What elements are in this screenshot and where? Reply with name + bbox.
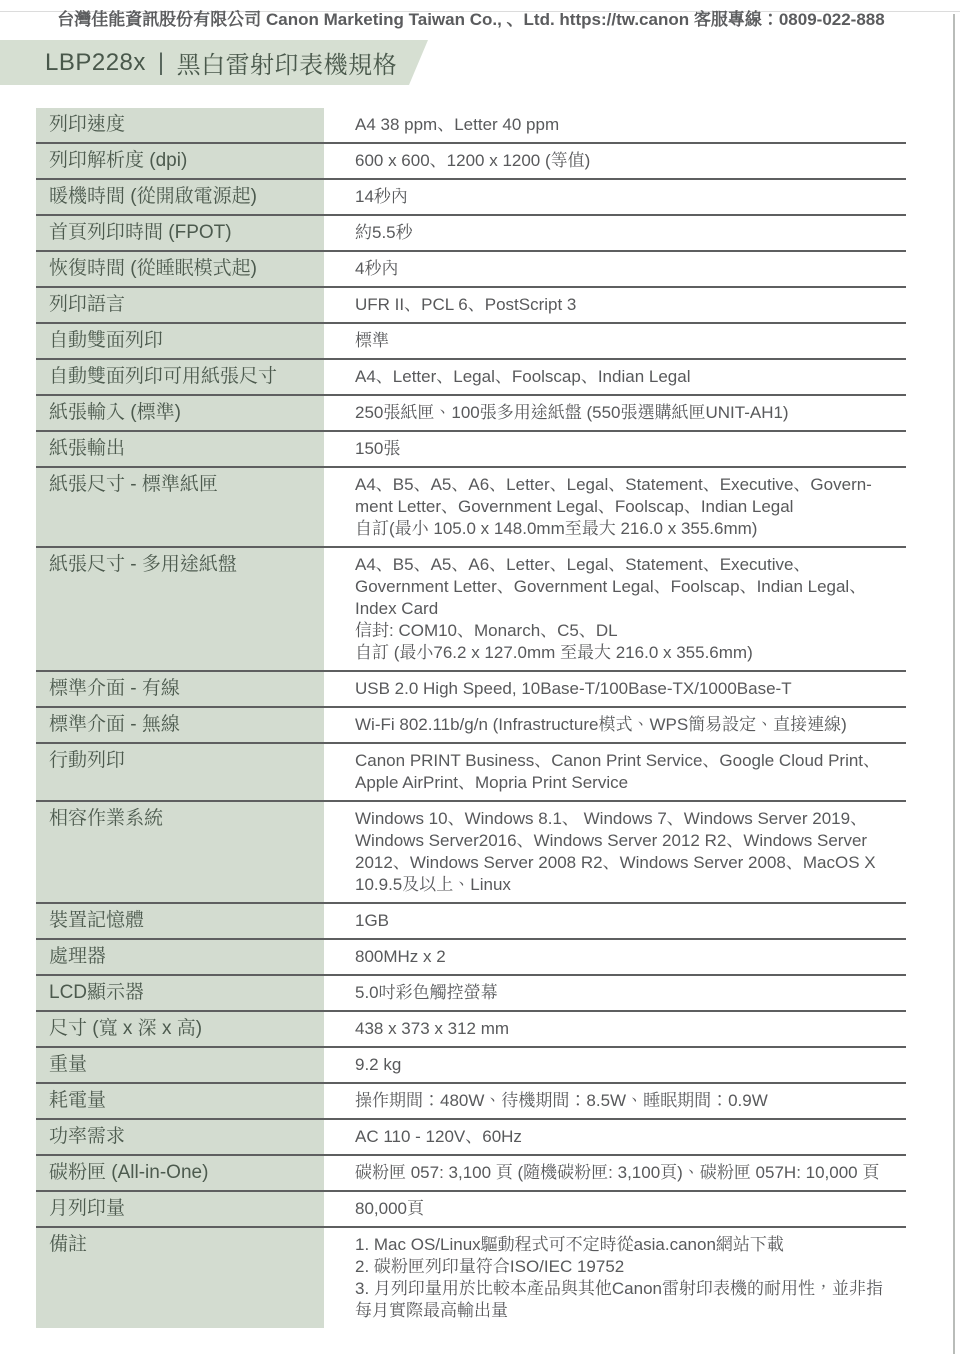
row-value-line: Canon PRINT Business、Canon Print Service…: [355, 750, 900, 772]
row-label: 標準介面 - 無線: [36, 708, 324, 742]
row-label: 恢復時間 (從睡眠模式起): [36, 252, 324, 286]
row-value-line: 438 x 373 x 312 mm: [355, 1018, 900, 1040]
row-value: 9.2 kg: [324, 1048, 906, 1082]
row-value-line: Windows 10、Windows 8.1、 Windows 7、Window…: [355, 808, 900, 830]
page-title-model: LBP228x: [45, 49, 146, 77]
row-label: 行動列印: [36, 744, 324, 800]
row-value-line: 1GB: [355, 910, 900, 932]
row-label: 暖機時間 (從開啟電源起): [36, 180, 324, 214]
row-value: 600 x 600、1200 x 1200 (等值): [324, 144, 906, 178]
row-label: 功率需求: [36, 1120, 324, 1154]
table-row: 功率需求AC 110 - 120V、60Hz: [36, 1120, 906, 1156]
table-row: 行動列印Canon PRINT Business、Canon Print Ser…: [36, 744, 906, 802]
row-value: 1GB: [324, 904, 906, 938]
row-value-line: Index Card: [355, 598, 900, 620]
row-label: 列印速度: [36, 108, 324, 142]
row-value-line: A4 38 ppm、Letter 40 ppm: [355, 114, 900, 136]
row-value: 80,000頁: [324, 1192, 906, 1226]
row-label: 列印語言: [36, 288, 324, 322]
row-value: 150張: [324, 432, 906, 466]
row-value: A4 38 ppm、Letter 40 ppm: [324, 108, 906, 142]
row-label: 紙張尺寸 - 多用途紙盤: [36, 548, 324, 670]
row-value-line: 碳粉匣 057: 3,100 頁 (隨機碳粉匣: 3,100頁)、碳粉匣 057…: [355, 1162, 900, 1184]
row-value: Canon PRINT Business、Canon Print Service…: [324, 744, 906, 800]
row-value: 4秒內: [324, 252, 906, 286]
row-value-line: 150張: [355, 438, 900, 460]
row-value-line: 每月實際最高輸出量: [355, 1300, 900, 1322]
table-row: 重量9.2 kg: [36, 1048, 906, 1084]
header-band: LBP228x | 黑白雷射印表機規格: [0, 40, 428, 85]
table-row: 紙張尺寸 - 多用途紙盤A4、B5、A5、A6、Letter、Legal、Sta…: [36, 548, 906, 672]
row-value-line: 250張紙匣、100張多用途紙盤 (550張選購紙匣UNIT-AH1): [355, 402, 900, 424]
row-value-line: USB 2.0 High Speed, 10Base-T/100Base-TX/…: [355, 678, 900, 700]
table-row: 自動雙面列印可用紙張尺寸A4、Letter、Legal、Foolscap、Ind…: [36, 360, 906, 396]
row-label: 紙張尺寸 - 標準紙匣: [36, 468, 324, 546]
page-title-subtitle: 黑白雷射印表機規格: [177, 45, 398, 80]
table-row: 尺寸 (寬 x 深 x 高)438 x 373 x 312 mm: [36, 1012, 906, 1048]
row-label: 首頁列印時間 (FPOT): [36, 216, 324, 250]
row-label: 標準介面 - 有線: [36, 672, 324, 706]
row-label: 自動雙面列印可用紙張尺寸: [36, 360, 324, 394]
row-value-line: 600 x 600、1200 x 1200 (等值): [355, 150, 900, 172]
table-row: 暖機時間 (從開啟電源起)14秒內: [36, 180, 906, 216]
page-right-edge-line: [953, 14, 955, 1354]
row-label: 月列印量: [36, 1192, 324, 1226]
row-value-line: 標準: [355, 330, 900, 352]
table-row: 自動雙面列印標準: [36, 324, 906, 360]
row-label: 紙張輸出: [36, 432, 324, 466]
row-value-line: UFR II、PCL 6、PostScript 3: [355, 294, 900, 316]
table-row: 相容作業系統Windows 10、Windows 8.1、 Windows 7、…: [36, 802, 906, 904]
row-value-line: Wi-Fi 802.11b/g/n (Infrastructure模式、WPS簡…: [355, 714, 900, 736]
table-row: 月列印量80,000頁: [36, 1192, 906, 1228]
row-label: 相容作業系統: [36, 802, 324, 902]
footer-company-line: 台灣佳能資訊股份有限公司 Canon Marketing Taiwan Co.,…: [36, 8, 906, 32]
row-value: UFR II、PCL 6、PostScript 3: [324, 288, 906, 322]
row-value-line: AC 110 - 120V、60Hz: [355, 1126, 900, 1148]
table-row: 裝置記憶體1GB: [36, 904, 906, 940]
row-value-line: A4、B5、A5、A6、Letter、Legal、Statement、Execu…: [355, 554, 900, 576]
row-value: 800MHz x 2: [324, 940, 906, 974]
spec-sheet-page: LBP228x | 黑白雷射印表機規格 列印速度A4 38 ppm、Letter…: [0, 8, 960, 1358]
row-value: Wi-Fi 802.11b/g/n (Infrastructure模式、WPS簡…: [324, 708, 906, 742]
table-row: 紙張輸出150張: [36, 432, 906, 468]
table-row: 恢復時間 (從睡眠模式起)4秒內: [36, 252, 906, 288]
row-value: USB 2.0 High Speed, 10Base-T/100Base-TX/…: [324, 672, 906, 706]
row-value: A4、Letter、Legal、Foolscap、Indian Legal: [324, 360, 906, 394]
row-label: 重量: [36, 1048, 324, 1082]
row-value-line: Government Letter、Government Legal、Fools…: [355, 576, 900, 598]
table-row: 首頁列印時間 (FPOT)約5.5秒: [36, 216, 906, 252]
row-value: A4、B5、A5、A6、Letter、Legal、Statement、Execu…: [324, 468, 906, 546]
row-label: 尺寸 (寬 x 深 x 高): [36, 1012, 324, 1046]
row-value: AC 110 - 120V、60Hz: [324, 1120, 906, 1154]
table-row: 列印解析度 (dpi)600 x 600、1200 x 1200 (等值): [36, 144, 906, 180]
row-value-line: 2012、Windows Server 2008 R2、Windows Serv…: [355, 852, 900, 874]
row-value-line: 約5.5秒: [355, 222, 900, 244]
row-value-line: Windows Server2016、Windows Server 2012 R…: [355, 830, 900, 852]
table-row: 列印語言UFR II、PCL 6、PostScript 3: [36, 288, 906, 324]
row-value-line: 5.0吋彩色觸控螢幕: [355, 982, 900, 1004]
row-value: 438 x 373 x 312 mm: [324, 1012, 906, 1046]
row-value-line: 80,000頁: [355, 1198, 900, 1220]
row-value-line: 9.2 kg: [355, 1054, 900, 1076]
row-label: 列印解析度 (dpi): [36, 144, 324, 178]
row-value-line: 信封: COM10、Monarch、C5、DL: [355, 620, 900, 642]
row-value-line: 10.9.5及以上、Linux: [355, 874, 900, 896]
spec-table: 列印速度A4 38 ppm、Letter 40 ppm列印解析度 (dpi)60…: [36, 108, 906, 1328]
row-value-line: 1. Mac OS/Linux驅動程式可不定時從asia.canon網站下載: [355, 1234, 900, 1256]
row-value-line: Apple AirPrint、Mopria Print Service: [355, 772, 900, 794]
row-label: LCD顯示器: [36, 976, 324, 1010]
row-value: 1. Mac OS/Linux驅動程式可不定時從asia.canon網站下載2.…: [324, 1228, 906, 1328]
table-row: 標準介面 - 有線USB 2.0 High Speed, 10Base-T/10…: [36, 672, 906, 708]
row-value-line: 14秒內: [355, 186, 900, 208]
table-row: LCD顯示器5.0吋彩色觸控螢幕: [36, 976, 906, 1012]
row-label: 紙張輸入 (標準): [36, 396, 324, 430]
table-row: 紙張輸入 (標準)250張紙匣、100張多用途紙盤 (550張選購紙匣UNIT-…: [36, 396, 906, 432]
row-value: 5.0吋彩色觸控螢幕: [324, 976, 906, 1010]
row-label: 備註: [36, 1228, 324, 1328]
row-value-line: A4、B5、A5、A6、Letter、Legal、Statement、Execu…: [355, 474, 900, 496]
row-value: 操作期間：480W、待機期間：8.5W、睡眠期間：0.9W: [324, 1084, 906, 1118]
table-row: 標準介面 - 無線Wi-Fi 802.11b/g/n (Infrastructu…: [36, 708, 906, 744]
row-label: 處理器: [36, 940, 324, 974]
row-value: 14秒內: [324, 180, 906, 214]
table-row: 碳粉匣 (All-in-One)碳粉匣 057: 3,100 頁 (隨機碳粉匣:…: [36, 1156, 906, 1192]
row-value-line: 2. 碳粉匣列印量符合ISO/IEC 19752: [355, 1256, 900, 1278]
table-row: 列印速度A4 38 ppm、Letter 40 ppm: [36, 108, 906, 144]
row-value-line: 自訂 (最小76.2 x 127.0mm 至最大 216.0 x 355.6mm…: [355, 642, 900, 664]
table-row: 備註1. Mac OS/Linux驅動程式可不定時從asia.canon網站下載…: [36, 1228, 906, 1328]
row-label: 耗電量: [36, 1084, 324, 1118]
row-value-line: 自訂(最小 105.0 x 148.0mm至最大 216.0 x 355.6mm…: [355, 518, 900, 540]
row-value-line: 800MHz x 2: [355, 946, 900, 968]
title-separator: |: [158, 49, 165, 77]
row-value: 標準: [324, 324, 906, 358]
row-label: 碳粉匣 (All-in-One): [36, 1156, 324, 1190]
row-value-line: 3. 月列印量用於比較本產品與其他Canon雷射印表機的耐用性，並非指: [355, 1278, 900, 1300]
table-row: 處理器800MHz x 2: [36, 940, 906, 976]
table-row: 紙張尺寸 - 標準紙匣A4、B5、A5、A6、Letter、Legal、Stat…: [36, 468, 906, 548]
row-value: A4、B5、A5、A6、Letter、Legal、Statement、Execu…: [324, 548, 906, 670]
row-label: 自動雙面列印: [36, 324, 324, 358]
row-value-line: 操作期間：480W、待機期間：8.5W、睡眠期間：0.9W: [355, 1090, 900, 1112]
row-label: 裝置記憶體: [36, 904, 324, 938]
table-row: 耗電量操作期間：480W、待機期間：8.5W、睡眠期間：0.9W: [36, 1084, 906, 1120]
row-value: 碳粉匣 057: 3,100 頁 (隨機碳粉匣: 3,100頁)、碳粉匣 057…: [324, 1156, 906, 1190]
row-value-line: 4秒內: [355, 258, 900, 280]
row-value-line: A4、Letter、Legal、Foolscap、Indian Legal: [355, 366, 900, 388]
row-value-line: ment Letter、Government Legal、Foolscap、In…: [355, 496, 900, 518]
row-value: Windows 10、Windows 8.1、 Windows 7、Window…: [324, 802, 906, 902]
row-value: 約5.5秒: [324, 216, 906, 250]
row-value: 250張紙匣、100張多用途紙盤 (550張選購紙匣UNIT-AH1): [324, 396, 906, 430]
